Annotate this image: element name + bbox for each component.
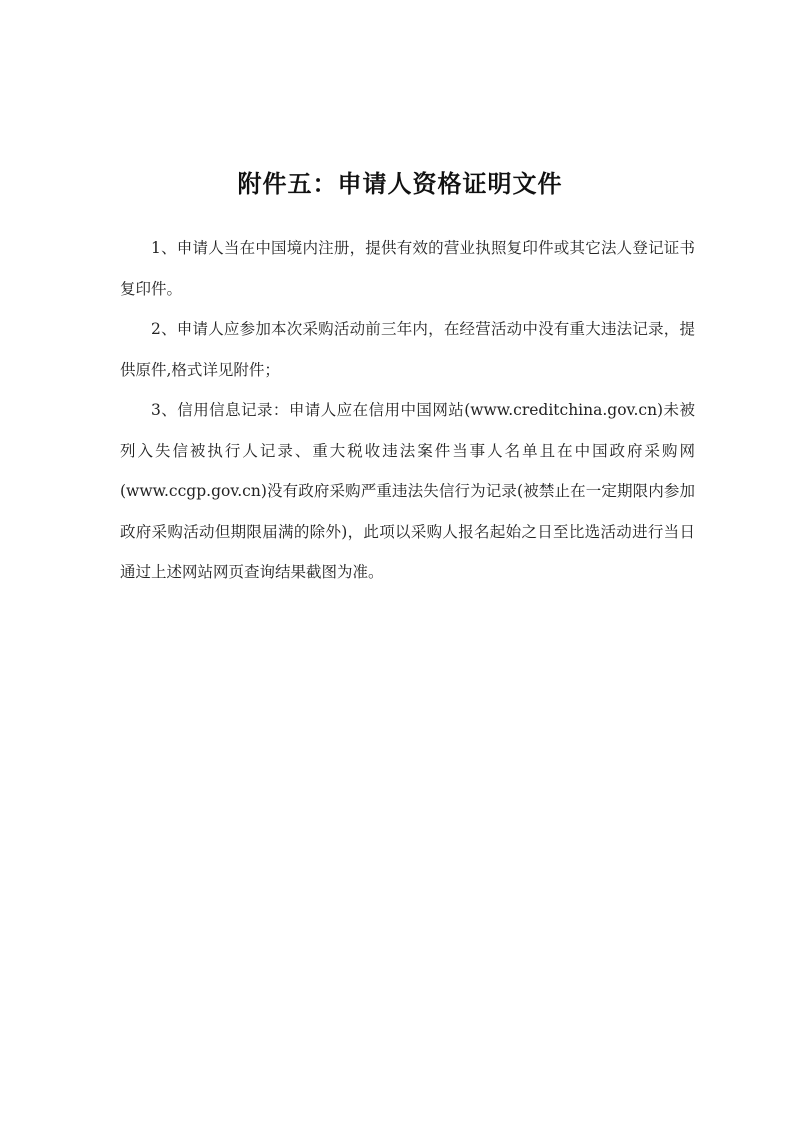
paragraph-business-license: 1、申请人当在中国境内注册，提供有效的营业执照复印件或其它法人登记证书复印件。 [120,228,695,309]
paragraph-no-violation-record: 2、申请人应参加本次采购活动前三年内，在经营活动中没有重大违法记录，提供原件,格… [120,309,695,390]
document-body: 1、申请人当在中国境内注册，提供有效的营业执照复印件或其它法人登记证书复印件。 … [120,228,695,593]
paragraph-credit-record: 3、信用信息记录：申请人应在信用中国网站(www.creditchina.gov… [120,390,695,593]
document-page: 附件五：申请人资格证明文件 1、申请人当在中国境内注册，提供有效的营业执照复印件… [0,0,800,1131]
document-title: 附件五：申请人资格证明文件 [0,164,800,199]
